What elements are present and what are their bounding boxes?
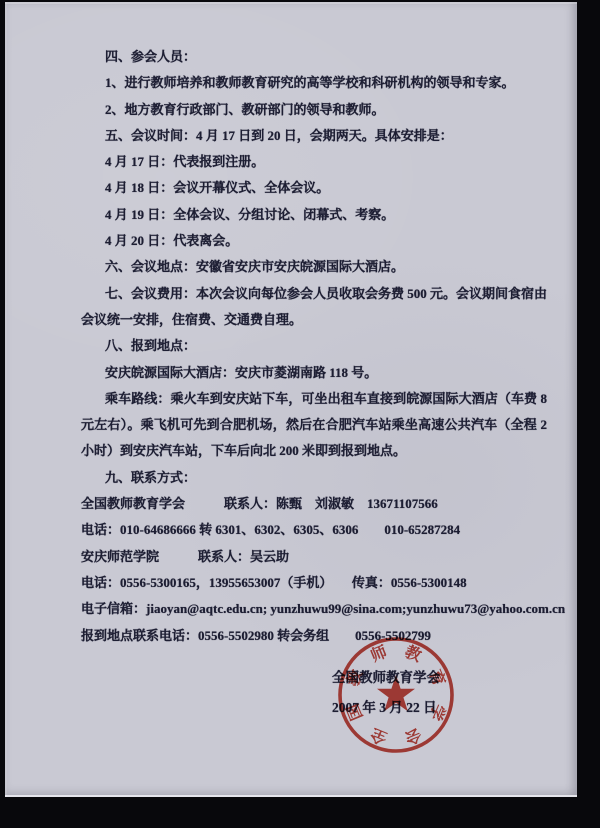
paragraph: 四、参会人员： [81, 44, 547, 70]
paragraph: 安庆师范学院 联系人：吴云助 [81, 544, 547, 570]
document-body: 四、参会人员：1、进行教师培养和教师教育研究的高等学校和科研机构的领导和专家。2… [81, 44, 547, 649]
paragraph: 全国教师教育学会 联系人：陈甄 刘淑敏 13671107566 [81, 491, 547, 517]
paragraph: 1、进行教师培养和教师教育研究的高等学校和科研机构的领导和专家。 [81, 70, 547, 96]
paragraph: 4 月 17 日：代表报到注册。 [81, 149, 547, 175]
paragraph: 乘车路线：乘火车到安庆站下车，可坐出租车直接到皖源国际大酒店（车费 8 元左右）… [81, 386, 547, 465]
paragraph: 报到地点联系电话：0556-5502980 转会务组 0556-5502799 [81, 623, 547, 649]
paragraph: 安庆皖源国际大酒店：安庆市菱湖南路 118 号。 [81, 360, 547, 386]
official-seal: 全国教师教育学会 [326, 626, 466, 766]
paragraph: 电话：0556-5300165，13955653007（手机） 传真：0556-… [81, 570, 547, 596]
paragraph: 电话：010-64686666 转 6301、6302、6305、6306 01… [81, 517, 547, 543]
paragraph: 电子信箱：jiaoyan@aqtc.edu.cn; yunzhuwu99@sin… [81, 596, 547, 622]
paragraph: 五、会议时间：4 月 17 日到 20 日，会期两天。具体安排是： [81, 123, 547, 149]
paragraph: 4 月 18 日：会议开幕仪式、全体会议。 [81, 175, 547, 201]
seal-star [377, 675, 415, 711]
paragraph: 4 月 19 日：全体会议、分组讨论、闭幕式、考察。 [81, 202, 547, 228]
paragraph: 2、地方教育行政部门、教研部门的领导和教师。 [81, 97, 547, 123]
document-page: 四、参会人员：1、进行教师培养和教师教育研究的高等学校和科研机构的领导和专家。2… [5, 2, 577, 797]
paragraph: 七、会议费用：本次会议向每位参会人员收取会务费 500 元。会议期间食宿由会议统… [81, 281, 547, 334]
paragraph: 八、报到地点： [81, 333, 547, 359]
paragraph: 九、联系方式： [81, 465, 547, 491]
scanned-document: { "page": { "background": "#08080c", "pa… [0, 0, 600, 828]
paragraph: 六、会议地点：安徽省安庆市安庆皖源国际大酒店。 [81, 254, 547, 280]
paragraph: 4 月 20 日：代表离会。 [81, 228, 547, 254]
